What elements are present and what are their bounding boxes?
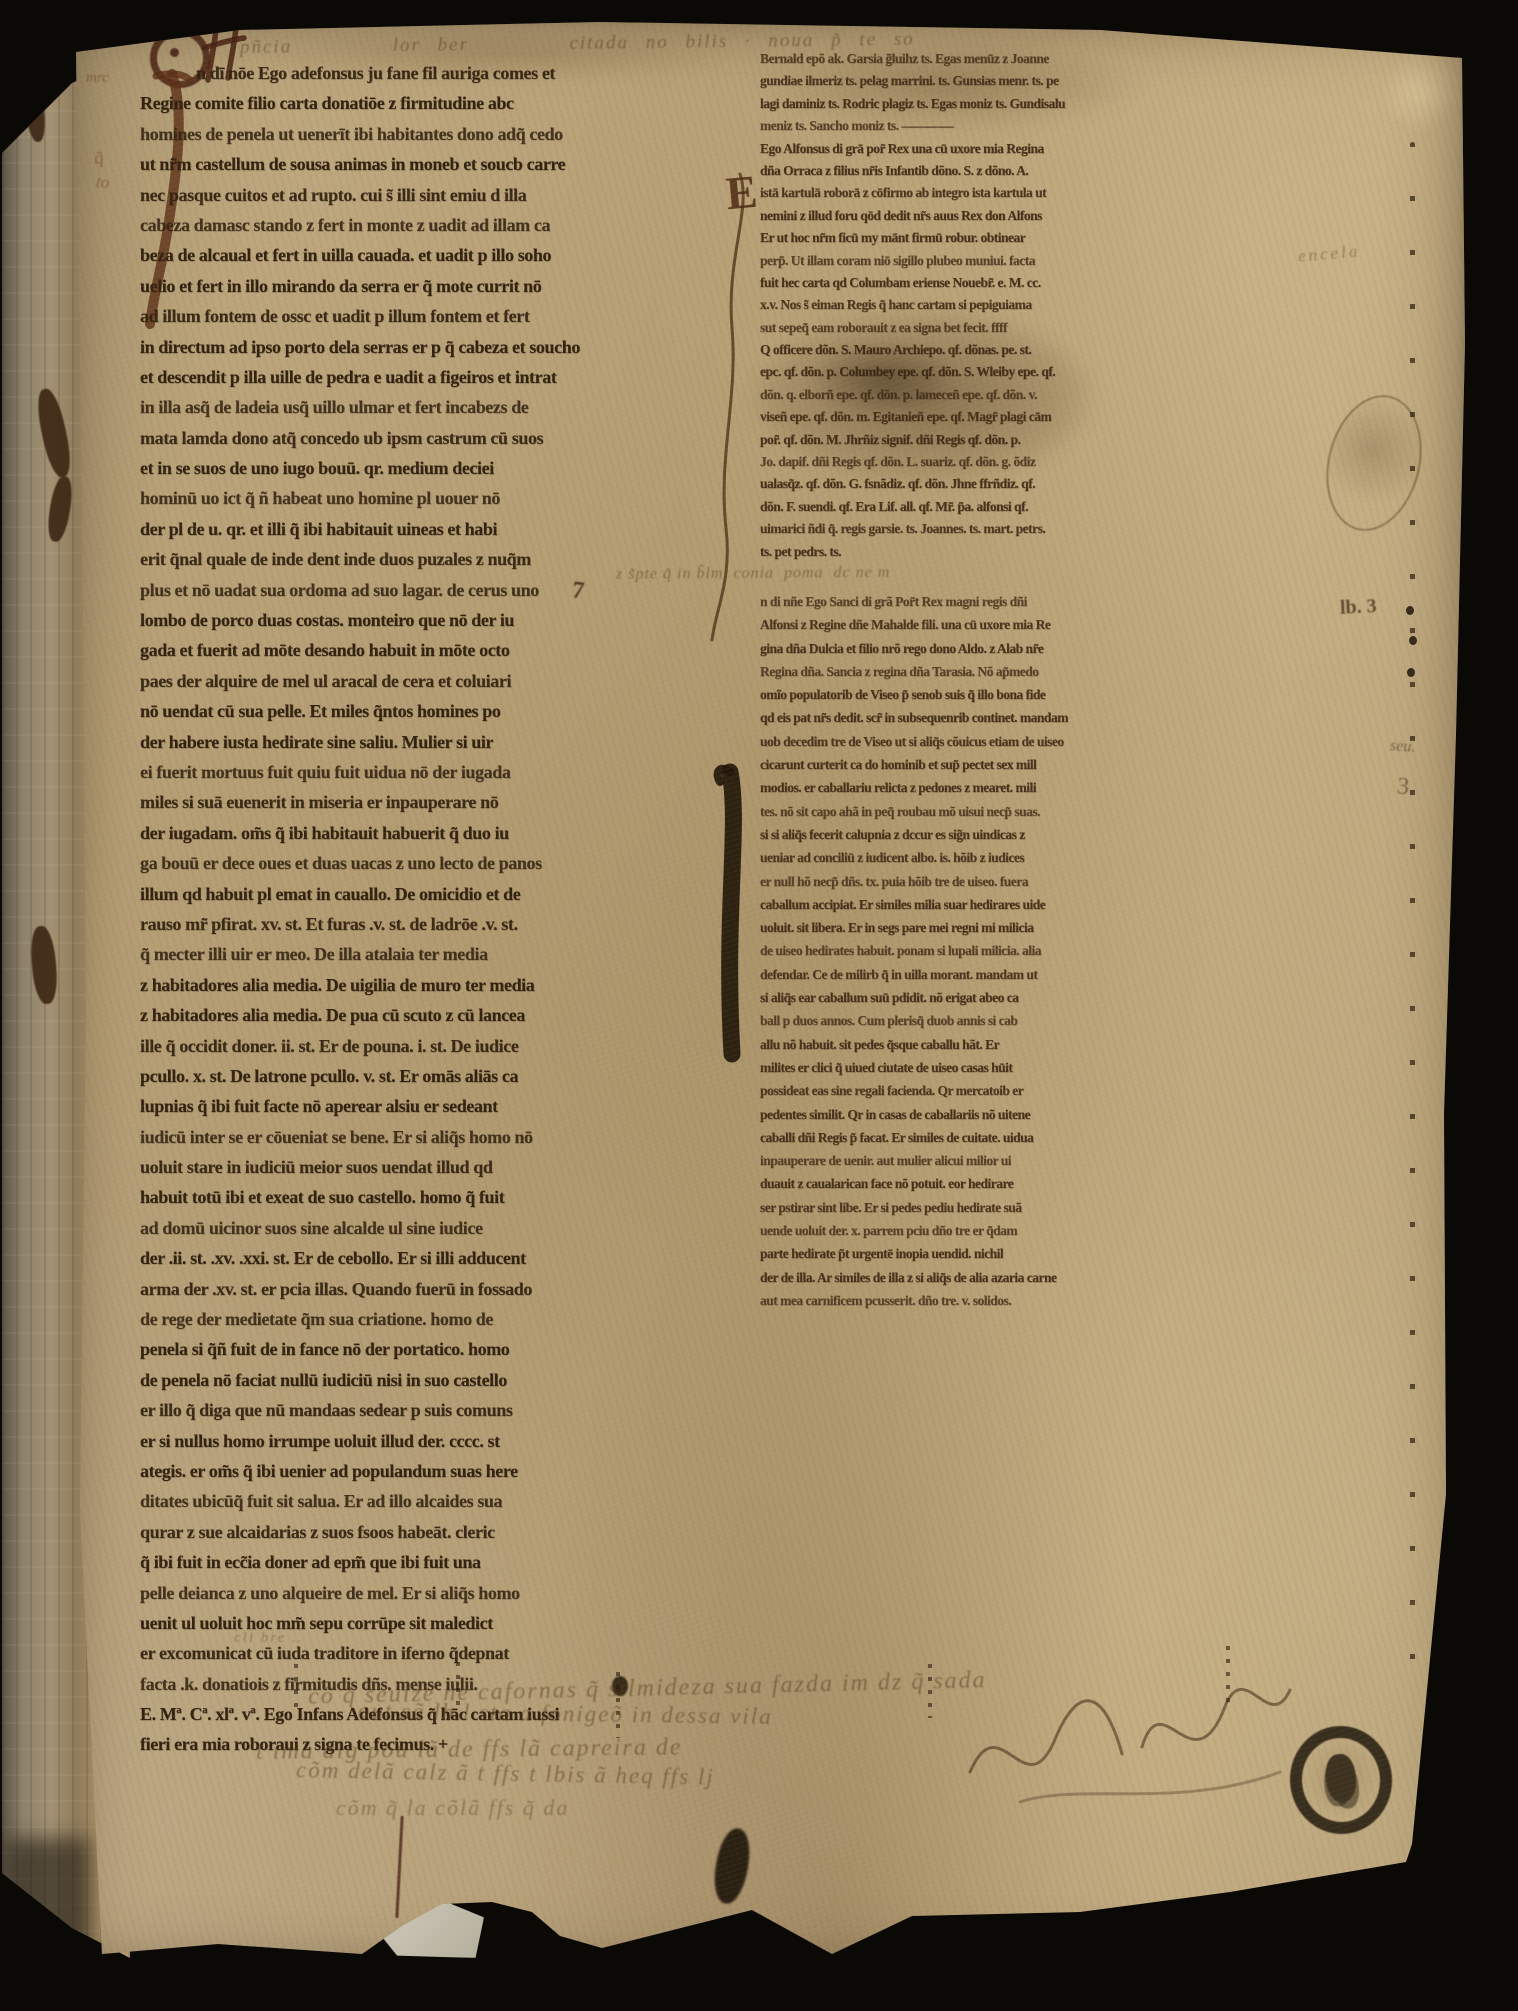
manuscript-text-line: sut sepeq̃ eam roborauit z ea signa bet …: [760, 317, 1114, 339]
photograph-background: pñcia lor ber citada no bilis · noua p̃ …: [0, 0, 1518, 2011]
manuscript-text-line: uelio et fert in illo mirando da serra e…: [140, 271, 712, 301]
manuscript-text-line: homines de penela ut uenerīt ibi habitan…: [140, 119, 712, 149]
manuscript-text-line: er si nullus homo irrumpe uoluit illud d…: [140, 1426, 712, 1456]
manuscript-text-line: ball p duos annos. Cum plerisq̃ duob ann…: [760, 1009, 1114, 1032]
manuscript-text-line: dña Orraca z filius nr̃is Infantib dõno.…: [760, 160, 1114, 182]
manuscript-text-line: arma der .xv. st. er pcia illas. Quando …: [140, 1274, 712, 1304]
pricking-hole: [1409, 636, 1417, 645]
manuscript-text-line: hominū uo ict q̃ ñ habeat uno homine pl …: [140, 483, 712, 513]
manuscript-text-line: in illa asq̃ de ladeia usq̃ uillo ulmar …: [140, 392, 712, 422]
left-margin-marks: mrcq̃to: [80, 70, 140, 194]
manuscript-text-line: si aliq̃s ear caballum suū pdidit. nõ er…: [760, 986, 1114, 1009]
manuscript-text-line: caballum accipiat. Er similes milia suar…: [760, 893, 1114, 916]
margin-gloss-penela: encela: [1297, 241, 1361, 266]
manuscript-text-line: et descendit p illa uille de pedra e uad…: [140, 362, 712, 392]
manuscript-text-line: z habitadores alia media. De pua cū scut…: [140, 1000, 712, 1030]
initial-letter-e: E: [724, 169, 759, 219]
parchment-crack: [395, 1816, 403, 1918]
manuscript-text-line: uob decedim tre de Viseo ut si aliq̃s cõ…: [760, 730, 1114, 753]
manuscript-text-line: rauso mr̃ pfirat. xv. st. Et furas .v. s…: [140, 909, 712, 939]
manuscript-text-line: er null hõ necp̃ dñs. tx. puia hõib tre …: [760, 870, 1114, 893]
manuscript-text-line: de uiseo hedirates habuit. ponam si lupa…: [760, 939, 1114, 962]
manuscript-text-line: perp̃. Ut illam coram niō sigillo plubeo…: [760, 250, 1114, 272]
stamp-emblem: [1324, 1753, 1358, 1803]
manuscript-text-line: illum qd habuit pl emat in cauallo. De o…: [140, 879, 712, 909]
manuscript-text-line: duauit z caualarican face nõ potuit. eor…: [760, 1172, 1114, 1195]
manuscript-text-line: de rege der medietate q̃m sua criatione.…: [140, 1304, 712, 1334]
margin-mark: mrc: [86, 70, 140, 87]
manuscript-text-line: in directum ad ipso porto dela serras er…: [140, 332, 712, 362]
manuscript-text-line: miles si suā euenerit in miseria er inpa…: [140, 787, 712, 817]
manuscript-text-line: Ego Alfonsus di grā por̃ Rex una cū uxor…: [760, 138, 1114, 160]
manuscript-text-line: qurar z sue alcaidarias z suos fsoos hab…: [140, 1517, 712, 1547]
manuscript-text-line: iudicū inter se er cōueniat se bene. Er …: [140, 1122, 712, 1152]
manuscript-text-line: possideat eas sine regali facienda. Qr m…: [760, 1079, 1114, 1102]
margin-number: 3: [1396, 773, 1411, 801]
pricking-holes-column: [1410, 142, 1415, 1672]
manuscript-text-line: ei fuerit mortuus fuit quiu fuit uidua n…: [140, 757, 712, 787]
manuscript-text-line: Q officere dõn. S. Mauro Archiepo. qf. d…: [760, 339, 1114, 361]
manuscript-text-line: ad domū uicinor suos sine alcalde ul sin…: [140, 1213, 712, 1243]
faded-inserted-line: z s̃pte q̃ in b̃lm conia poma dc ne m: [616, 562, 1121, 584]
manuscript-text-line: uoluit stare in iudiciū meior suos uenda…: [140, 1152, 712, 1182]
manuscript-text-line: mata lamda dono atq̃ concedo ub ipsm cas…: [140, 423, 712, 453]
parchment-page: pñcia lor ber citada no bilis · noua p̃ …: [60, 14, 1470, 1979]
right-text-column-first-charter: Bernald epõ ak. Garsia g̃luihz ts. Egas …: [760, 48, 1114, 563]
manuscript-text-line: cicarunt curterit ca do hominib et sup̃ …: [760, 753, 1114, 776]
manuscript-text-line: lupnias q̃ ibi fuit facte nō aperear als…: [140, 1091, 712, 1121]
manuscript-text-line: si si aliq̃s fecerit calupnia z dccur es…: [760, 823, 1114, 846]
manuscript-text-line: gina dña Dulcia et filio nrõ rego dono A…: [760, 637, 1114, 660]
manuscript-text-line: ad illum fontem de ossc et uadit p illum…: [140, 301, 712, 331]
manuscript-text-line: der .ii. st. .xv. .xxi. st. Er de ceboll…: [140, 1243, 712, 1273]
manuscript-text-line: tes. nõ sit capo ahã in peq̃ roubau mõ u…: [760, 800, 1114, 823]
manuscript-text-line: q̃ ibi fuit in ecc̃ia doner ad epm̃ que …: [140, 1547, 712, 1577]
left-text-column: n dī nōe Ego adefonsus ju fane fil aurig…: [140, 58, 712, 1760]
manuscript-text-line: Regine comite filio carta donatiōe z fir…: [140, 88, 712, 118]
manuscript-text-line: Regina dña. Sancia z regina dña Tarasia.…: [760, 660, 1114, 683]
manuscript-text-line: der de illa. Ar similes de illa z si ali…: [760, 1266, 1114, 1289]
manuscript-text-line: uende uoluit der. x. parrem pciu dño tre…: [760, 1219, 1114, 1242]
manuscript-text-line: Er ut hoc nr̃m ficū my mānt firmū robur.…: [760, 227, 1114, 249]
manuscript-text-line: uimarici ñdi q̃. regis garsie. ts. Joann…: [760, 518, 1114, 540]
manuscript-text-line: ts. pet pedrs. ts.: [760, 541, 1114, 563]
manuscript-text-line: paes der alquire de mel ul aracal de cer…: [140, 666, 712, 696]
manuscript-text-line: der iugadam. om̃s q̃ ibi habitauit habue…: [140, 818, 712, 848]
manuscript-text-line: nec pasque cuitos et ad rupto. cui s̃ il…: [140, 180, 712, 210]
manuscript-text-line: ualasq̃z. qf. dõn. G. fsnãdiz. qf. dõn. …: [760, 473, 1114, 495]
manuscript-text-line: lagi daminiz ts. Rodric plagiz ts. Egas …: [760, 93, 1114, 115]
manuscript-text-line: gada et fuerit ad mōte desando habuit in…: [140, 635, 712, 665]
manuscript-text-line: n di nñe Ego Sanci di grã Por̃t Rex magn…: [760, 590, 1114, 613]
margin-mark: q̃: [93, 142, 141, 169]
manuscript-text-line: parte hedirate p̃t urgentē inopia uendid…: [760, 1242, 1114, 1265]
manuscript-text-line: allu nõ habuit. sit pedes q̃sque caballu…: [760, 1033, 1114, 1056]
manuscript-text-line: n dī nōe Ego adefonsus ju fane fil aurig…: [140, 58, 712, 88]
right-text-column-second-charter: n di nñe Ego Sanci di grã Por̃t Rex magn…: [760, 590, 1114, 1312]
manuscript-text-line: ser pstirar sint libe. Er si pedes pediu…: [760, 1196, 1114, 1219]
manuscript-text-line: meniz ts. Sancho moniz ts. ————: [760, 115, 1114, 137]
manuscript-text-line: ga bouū er dece oues et duas uacas z uno…: [140, 848, 712, 878]
manuscript-text-line: ditates ubicūq̃ fuit sit salua. Er ad il…: [140, 1486, 712, 1516]
manuscript-text-line: milites er clici q̃ uiued ciutate de uis…: [760, 1056, 1114, 1079]
manuscript-text-line: nemini z illud foru qōd dedit nr̃s auus …: [760, 205, 1114, 227]
manuscript-text-line: ut nr̃m castellum de sousa animas in mon…: [140, 149, 712, 179]
manuscript-text-line: istā kartulā roborā z cōfirmo ab integro…: [760, 182, 1114, 204]
manuscript-text-line: cabeza damasc stando z fert in monte z u…: [140, 210, 712, 240]
manuscript-text-line: ategis. er om̃s q̃ ibi uenier ad populan…: [140, 1456, 712, 1486]
manuscript-text-line: Bernald epõ ak. Garsia g̃luihz ts. Egas …: [760, 48, 1114, 70]
manuscript-text-line: z habitadores alia media. De uigilia de …: [140, 970, 712, 1000]
manuscript-text-line: habuit totū ibi et exeat de suo castello…: [140, 1182, 712, 1212]
shelf-mark: lb. 3: [1339, 595, 1377, 620]
manuscript-text-line: lombo de porco duas costas. monteiro que…: [140, 605, 712, 635]
manuscript-text-line: pcullo. x. st. De latrone pcullo. v. st.…: [140, 1061, 712, 1091]
manuscript-text-line: pelle deianca z uno alqueire de mel. Er …: [140, 1578, 712, 1608]
manuscript-text-line: der habere iusta hedirate sine saliu. Mu…: [140, 727, 712, 757]
manuscript-text-line: epc. qf. dõn. p. Columbey epe. qf. dõn. …: [760, 361, 1114, 383]
manuscript-text-line: modios. er caballariu relicta z pedones …: [760, 776, 1114, 799]
manuscript-text-line: et in se suos de uno iugo bouū. qr. medi…: [140, 453, 712, 483]
manuscript-text-line: dõn. q. elborñ epe. qf. dõn. p. lameceñ …: [760, 384, 1114, 406]
manuscript-text-line: omĩo populatorib de Viseo p̃ senob suis …: [760, 683, 1114, 706]
library-stamp-icon: [1285, 1722, 1396, 1838]
manuscript-text-line: inpauperare de uenir. aut mulier alicui …: [760, 1149, 1114, 1172]
manuscript-text-line: Alfonsi z Regine dñe Mahalde fili. una c…: [760, 613, 1114, 636]
signature-flourish-icon: [960, 1642, 1300, 1832]
manuscript-text-line: penela si q̃ñ fuit de in fance nō der po…: [140, 1334, 712, 1364]
manuscript-text-line: ille q̃ occidit doner. ii. st. Er de pou…: [140, 1031, 712, 1061]
manuscript-text-line: gundiae ilmeriz ts. pelag marrini. ts. G…: [760, 70, 1114, 92]
manuscript-text-line: Jo. dapif. dñi Regis qf. dõn. L. suariz.…: [760, 451, 1114, 473]
faded-round-stamp-icon: [1313, 385, 1436, 541]
manuscript-text-line: fuit hec carta qd Columbam eriense Noueb…: [760, 272, 1114, 294]
manuscript-text-line: de penela nō faciat nullū iudiciū nisi i…: [140, 1365, 712, 1395]
initial-letter-i-icon: [710, 762, 750, 1070]
spine-shadow: [6, 1838, 90, 1968]
manuscript-text-line: ueniar ad conciliū z iudicent albo. is. …: [760, 846, 1114, 869]
manuscript-text-line: caballi dñi Regis p̃ facat. Er similes d…: [760, 1126, 1114, 1149]
manuscript-text-line: por̃. qf. dõn. M. Jhrñiz signif. dñi Reg…: [760, 429, 1114, 451]
circle-center-dot: [170, 48, 179, 57]
manuscript-text-line: pedentes similit. Qr in casas de caballa…: [760, 1103, 1114, 1126]
manuscript-text-line: x.v. Nos s̃ eiman Regis q̃ hanc cartam s…: [760, 294, 1114, 316]
margin-mark: to: [95, 172, 141, 196]
ink-blot: [710, 1826, 755, 1906]
manuscript-text-line: er illo q̃ diga que nū mandaas sedear p …: [140, 1395, 712, 1425]
manuscript-text-line: q̃ mecter illi uir er meo. De illa atala…: [140, 939, 712, 969]
manuscript-text-line: defendar. Ce de milirb q̃ in uilla moran…: [760, 963, 1114, 986]
manuscript-text-line: nō uendat cū sua pelle. Et miles q̃ntos …: [140, 696, 712, 726]
manuscript-text-line: dõn. F. suendi. qf. Era Lif. all. qf. Mr…: [760, 496, 1114, 518]
manuscript-text-line: qd eis pat nr̃s dedit. scr̃ in subsequen…: [760, 706, 1114, 729]
pricking-hole: [1406, 606, 1414, 615]
pricking-hole: [1407, 668, 1415, 677]
page-corner-curl: [1382, 48, 1458, 134]
manuscript-text-line: viseñ epe. qf. dõn. m. Egitanieñ epe. qf…: [760, 406, 1114, 428]
manuscript-text-line: uoluit. sit libera. Er in segs pare mei …: [760, 916, 1114, 939]
manuscript-text-line: der pl de u. qr. et illi q̃ ibi habitaui…: [140, 514, 712, 544]
manuscript-text-line: aut mea carnificem pcusserit. dño tre. v…: [760, 1289, 1114, 1312]
manuscript-text-line: beza de alcaual et fert in uilla cauada.…: [140, 240, 712, 270]
